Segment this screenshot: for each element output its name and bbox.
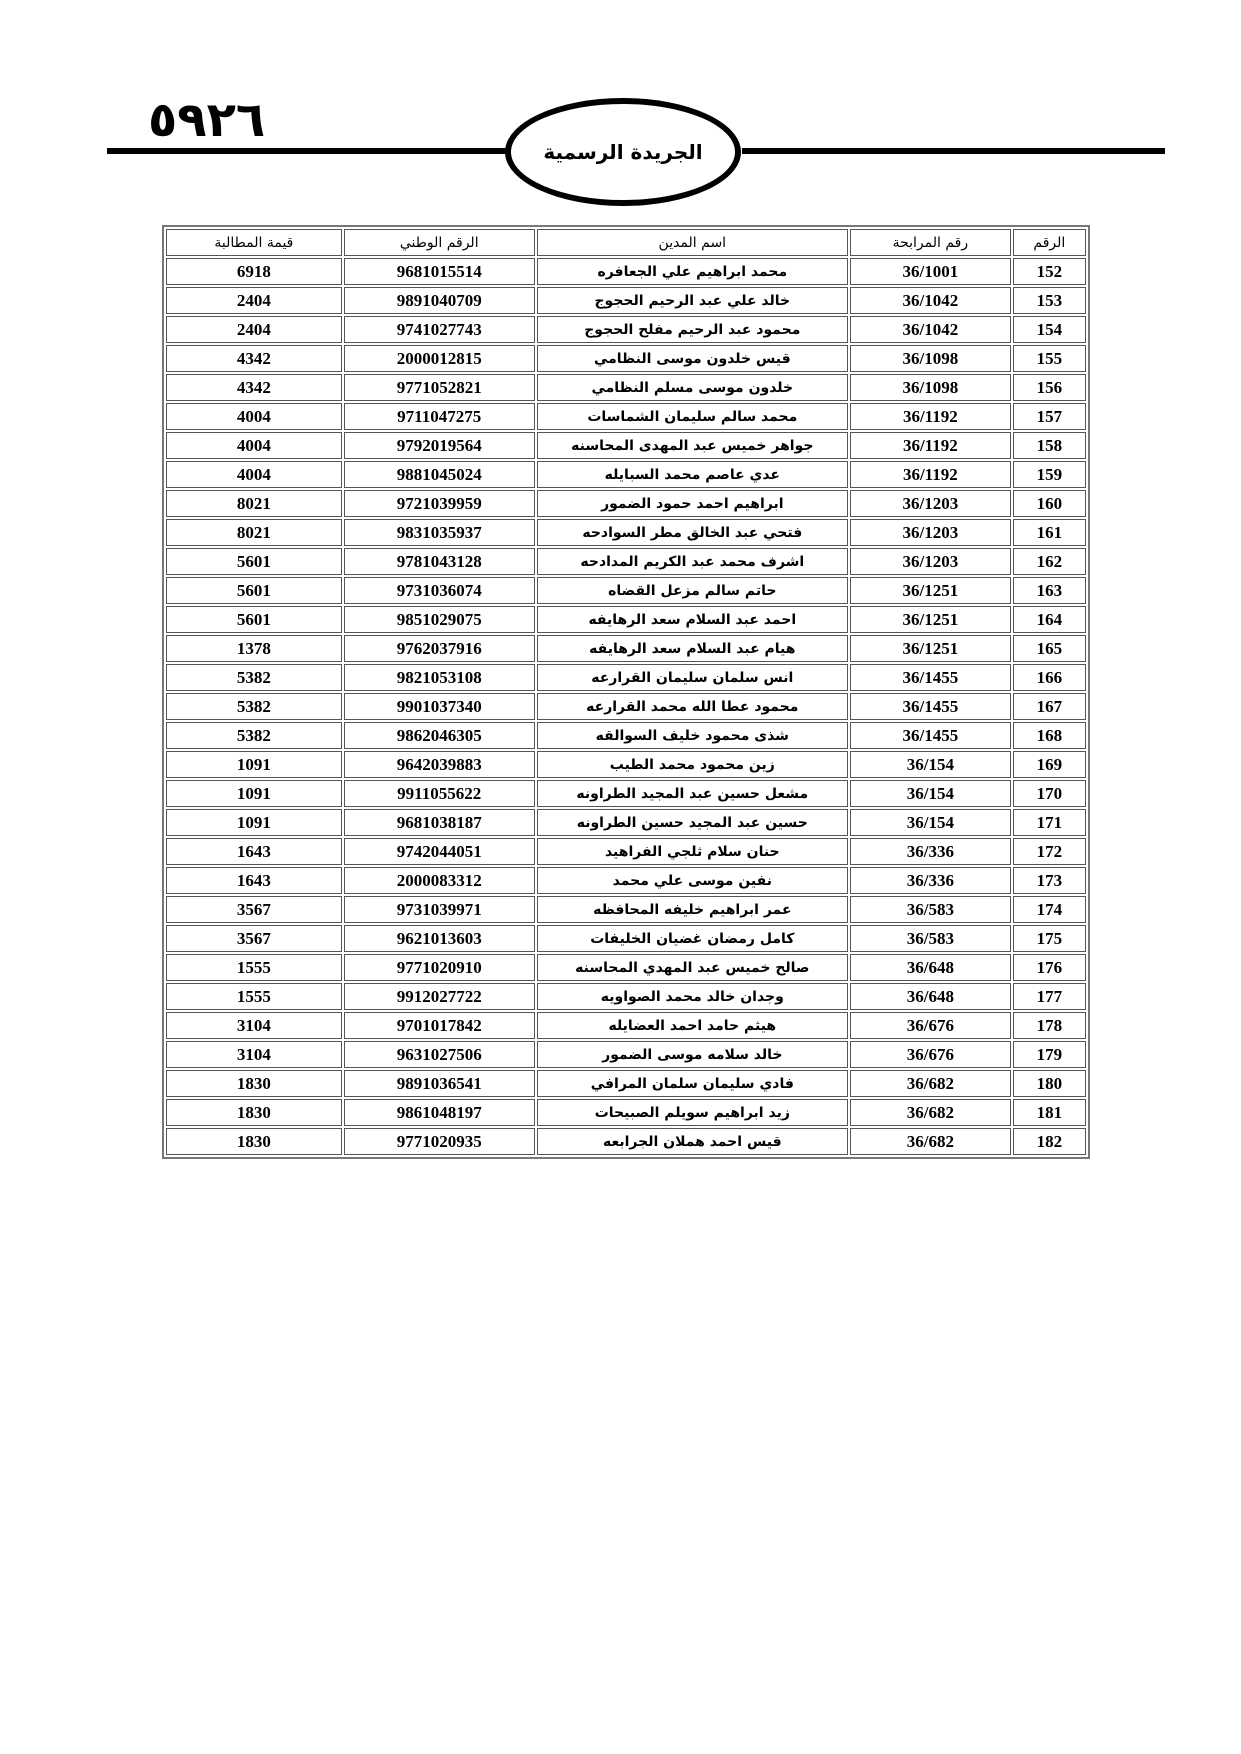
header-rule-left xyxy=(107,148,507,154)
cell-number: 156 xyxy=(1013,374,1086,401)
cell-murabaha: 36/1042 xyxy=(850,316,1011,343)
cell-debtor-name: احمد عبد السلام سعد الرهايفه xyxy=(537,606,848,633)
cell-debtor-name: صالح خميس عبد المهدي المحاسنه xyxy=(537,954,848,981)
cell-number: 169 xyxy=(1013,751,1086,778)
table-row: 18036/682فادي سليمان سلمان المرافي989103… xyxy=(166,1070,1086,1097)
cell-claim-amount: 1555 xyxy=(166,954,342,981)
cell-murabaha: 36/1455 xyxy=(850,722,1011,749)
table-row: 16536/1251هيام عبد السلام سعد الرهايفه97… xyxy=(166,635,1086,662)
cell-debtor-name: عمر ابراهيم خليفه المحافظه xyxy=(537,896,848,923)
cell-number: 181 xyxy=(1013,1099,1086,1126)
cell-debtor-name: نفين موسى علي محمد xyxy=(537,867,848,894)
column-header-national-id: الرقم الوطني xyxy=(344,229,535,256)
cell-number: 174 xyxy=(1013,896,1086,923)
table-row: 16336/1251حاتم سالم مزعل القضاه973103607… xyxy=(166,577,1086,604)
cell-national-id: 9821053108 xyxy=(344,664,535,691)
table-row: 18136/682زيد ابراهيم سويلم الصبيحات98610… xyxy=(166,1099,1086,1126)
table-row: 15336/1042خالد علي عبد الرحيم الحجوج9891… xyxy=(166,287,1086,314)
column-header-claim-amount: قيمة المطالبة xyxy=(166,229,342,256)
cell-debtor-name: قيس خلدون موسى النظامي xyxy=(537,345,848,372)
cell-debtor-name: زين محمود محمد الطيب xyxy=(537,751,848,778)
debtors-table: الرقم رقم المرابحة اسم المدين الرقم الوط… xyxy=(162,225,1090,1159)
cell-number: 172 xyxy=(1013,838,1086,865)
cell-debtor-name: مشعل حسين عبد المجيد الطراونه xyxy=(537,780,848,807)
table-row: 15836/1192جواهر خميس عبد المهدى المحاسنه… xyxy=(166,432,1086,459)
cell-national-id: 9891040709 xyxy=(344,287,535,314)
cell-number: 152 xyxy=(1013,258,1086,285)
cell-murabaha: 36/1455 xyxy=(850,664,1011,691)
cell-claim-amount: 5601 xyxy=(166,606,342,633)
table-row: 18236/682قيس احمد هملان الجرابعه97710209… xyxy=(166,1128,1086,1155)
cell-national-id: 9681038187 xyxy=(344,809,535,836)
table-row: 17236/336حنان سلام ثلجي الفراهيد97420440… xyxy=(166,838,1086,865)
cell-number: 167 xyxy=(1013,693,1086,720)
cell-claim-amount: 1830 xyxy=(166,1070,342,1097)
cell-claim-amount: 3104 xyxy=(166,1041,342,1068)
cell-debtor-name: كامل رمضان غضيان الخليفات xyxy=(537,925,848,952)
cell-claim-amount: 1555 xyxy=(166,983,342,1010)
table-row: 15536/1098قيس خلدون موسى النظامي20000128… xyxy=(166,345,1086,372)
table-row: 16136/1203فتحي عبد الخالق مطر السوادحه98… xyxy=(166,519,1086,546)
cell-debtor-name: محمد ابراهيم علي الجعافره xyxy=(537,258,848,285)
cell-claim-amount: 6918 xyxy=(166,258,342,285)
cell-number: 157 xyxy=(1013,403,1086,430)
cell-number: 177 xyxy=(1013,983,1086,1010)
cell-national-id: 9861048197 xyxy=(344,1099,535,1126)
cell-debtor-name: هيثم حامد احمد العضايله xyxy=(537,1012,848,1039)
cell-murabaha: 36/336 xyxy=(850,838,1011,865)
cell-claim-amount: 5601 xyxy=(166,548,342,575)
cell-murabaha: 36/1192 xyxy=(850,403,1011,430)
table-row: 16036/1203ابراهيم احمد حمود الضمور972103… xyxy=(166,490,1086,517)
cell-claim-amount: 3104 xyxy=(166,1012,342,1039)
cell-number: 173 xyxy=(1013,867,1086,894)
cell-claim-amount: 4342 xyxy=(166,374,342,401)
cell-national-id: 9631027506 xyxy=(344,1041,535,1068)
cell-claim-amount: 5382 xyxy=(166,693,342,720)
cell-murabaha: 36/583 xyxy=(850,925,1011,952)
cell-murabaha: 36/648 xyxy=(850,954,1011,981)
cell-national-id: 9891036541 xyxy=(344,1070,535,1097)
cell-number: 158 xyxy=(1013,432,1086,459)
table-row: 15236/1001محمد ابراهيم علي الجعافره96810… xyxy=(166,258,1086,285)
cell-number: 165 xyxy=(1013,635,1086,662)
cell-debtor-name: خالد علي عبد الرحيم الحجوج xyxy=(537,287,848,314)
cell-national-id: 9621013603 xyxy=(344,925,535,952)
cell-debtor-name: حاتم سالم مزعل القضاه xyxy=(537,577,848,604)
cell-debtor-name: وجدان خالد محمد الصواويه xyxy=(537,983,848,1010)
table-body: 15236/1001محمد ابراهيم علي الجعافره96810… xyxy=(166,258,1086,1155)
cell-number: 153 xyxy=(1013,287,1086,314)
table-row: 16236/1203اشرف محمد عبد الكريم المدادحه9… xyxy=(166,548,1086,575)
cell-murabaha: 36/682 xyxy=(850,1070,1011,1097)
cell-murabaha: 36/1192 xyxy=(850,432,1011,459)
cell-murabaha: 36/682 xyxy=(850,1099,1011,1126)
cell-murabaha: 36/676 xyxy=(850,1041,1011,1068)
table-row: 15636/1098خلدون موسى مسلم النظامي9771052… xyxy=(166,374,1086,401)
table-row: 16936/154زين محمود محمد الطيب96420398831… xyxy=(166,751,1086,778)
cell-debtor-name: فادي سليمان سلمان المرافي xyxy=(537,1070,848,1097)
cell-debtor-name: اشرف محمد عبد الكريم المدادحه xyxy=(537,548,848,575)
cell-national-id: 9851029075 xyxy=(344,606,535,633)
cell-murabaha: 36/583 xyxy=(850,896,1011,923)
cell-debtor-name: قيس احمد هملان الجرابعه xyxy=(537,1128,848,1155)
cell-number: 171 xyxy=(1013,809,1086,836)
cell-murabaha: 36/1251 xyxy=(850,635,1011,662)
cell-national-id: 9762037916 xyxy=(344,635,535,662)
cell-national-id: 9731036074 xyxy=(344,577,535,604)
cell-claim-amount: 2404 xyxy=(166,316,342,343)
cell-number: 180 xyxy=(1013,1070,1086,1097)
cell-murabaha: 36/1098 xyxy=(850,374,1011,401)
cell-debtor-name: عدي عاصم محمد السبايله xyxy=(537,461,848,488)
cell-number: 176 xyxy=(1013,954,1086,981)
cell-debtor-name: جواهر خميس عبد المهدى المحاسنه xyxy=(537,432,848,459)
cell-claim-amount: 2404 xyxy=(166,287,342,314)
cell-debtor-name: محمود عبد الرحيم مفلح الحجوج xyxy=(537,316,848,343)
cell-debtor-name: ابراهيم احمد حمود الضمور xyxy=(537,490,848,517)
cell-national-id: 9741027743 xyxy=(344,316,535,343)
cell-national-id: 9781043128 xyxy=(344,548,535,575)
cell-murabaha: 36/1203 xyxy=(850,519,1011,546)
cell-number: 162 xyxy=(1013,548,1086,575)
cell-claim-amount: 1091 xyxy=(166,780,342,807)
cell-claim-amount: 1830 xyxy=(166,1099,342,1126)
page-number: ٥٩٢٦ xyxy=(148,92,265,148)
cell-murabaha: 36/676 xyxy=(850,1012,1011,1039)
cell-national-id: 9742044051 xyxy=(344,838,535,865)
cell-claim-amount: 4004 xyxy=(166,403,342,430)
table-row: 17636/648صالح خميس عبد المهدي المحاسنه97… xyxy=(166,954,1086,981)
cell-national-id: 9862046305 xyxy=(344,722,535,749)
cell-debtor-name: شذى محمود خليف السوالقه xyxy=(537,722,848,749)
table-row: 17836/676هيثم حامد احمد العضايله97010178… xyxy=(166,1012,1086,1039)
cell-claim-amount: 8021 xyxy=(166,519,342,546)
cell-murabaha: 36/682 xyxy=(850,1128,1011,1155)
debtors-table-container: الرقم رقم المرابحة اسم المدين الرقم الوط… xyxy=(162,225,1090,1159)
cell-claim-amount: 8021 xyxy=(166,490,342,517)
cell-claim-amount: 1643 xyxy=(166,867,342,894)
cell-debtor-name: محمد سالم سليمان الشماسات xyxy=(537,403,848,430)
cell-national-id: 9771020935 xyxy=(344,1128,535,1155)
cell-number: 154 xyxy=(1013,316,1086,343)
cell-national-id: 9831035937 xyxy=(344,519,535,546)
cell-debtor-name: محمود عطا الله محمد القرارعه xyxy=(537,693,848,720)
cell-national-id: 9701017842 xyxy=(344,1012,535,1039)
cell-number: 182 xyxy=(1013,1128,1086,1155)
gazette-title-emblem: الجريدة الرسمية xyxy=(505,98,741,206)
cell-murabaha: 36/1098 xyxy=(850,345,1011,372)
cell-number: 175 xyxy=(1013,925,1086,952)
cell-murabaha: 36/154 xyxy=(850,751,1011,778)
cell-claim-amount: 1378 xyxy=(166,635,342,662)
cell-national-id: 9911055622 xyxy=(344,780,535,807)
table-row: 15736/1192محمد سالم سليمان الشماسات97110… xyxy=(166,403,1086,430)
cell-murabaha: 36/1042 xyxy=(850,287,1011,314)
column-header-murabaha: رقم المرابحة xyxy=(850,229,1011,256)
cell-national-id: 9901037340 xyxy=(344,693,535,720)
cell-debtor-name: خلدون موسى مسلم النظامي xyxy=(537,374,848,401)
cell-national-id: 9711047275 xyxy=(344,403,535,430)
cell-claim-amount: 1830 xyxy=(166,1128,342,1155)
cell-claim-amount: 4342 xyxy=(166,345,342,372)
cell-number: 166 xyxy=(1013,664,1086,691)
cell-national-id: 9792019564 xyxy=(344,432,535,459)
cell-national-id: 9681015514 xyxy=(344,258,535,285)
cell-claim-amount: 1091 xyxy=(166,809,342,836)
cell-number: 163 xyxy=(1013,577,1086,604)
cell-debtor-name: هيام عبد السلام سعد الرهايفه xyxy=(537,635,848,662)
table-row: 17936/676خالد سلامه موسى الضمور963102750… xyxy=(166,1041,1086,1068)
cell-national-id: 9721039959 xyxy=(344,490,535,517)
table-row: 16736/1455محمود عطا الله محمد القرارعه99… xyxy=(166,693,1086,720)
cell-murabaha: 36/1455 xyxy=(850,693,1011,720)
cell-number: 160 xyxy=(1013,490,1086,517)
column-header-debtor-name: اسم المدين xyxy=(537,229,848,256)
table-row: 15436/1042محمود عبد الرحيم مفلح الحجوج97… xyxy=(166,316,1086,343)
cell-claim-amount: 3567 xyxy=(166,925,342,952)
cell-claim-amount: 4004 xyxy=(166,461,342,488)
cell-number: 159 xyxy=(1013,461,1086,488)
cell-national-id: 9642039883 xyxy=(344,751,535,778)
cell-number: 178 xyxy=(1013,1012,1086,1039)
header-rule-right xyxy=(742,148,1165,154)
cell-national-id: 9771052821 xyxy=(344,374,535,401)
cell-murabaha: 36/1251 xyxy=(850,606,1011,633)
column-header-number: الرقم xyxy=(1013,229,1086,256)
cell-murabaha: 36/154 xyxy=(850,809,1011,836)
cell-national-id: 9881045024 xyxy=(344,461,535,488)
cell-debtor-name: حنان سلام ثلجي الفراهيد xyxy=(537,838,848,865)
cell-number: 161 xyxy=(1013,519,1086,546)
table-row: 17436/583عمر ابراهيم خليفه المحافظه97310… xyxy=(166,896,1086,923)
table-row: 16436/1251احمد عبد السلام سعد الرهايفه98… xyxy=(166,606,1086,633)
publication-title: الجريدة الرسمية xyxy=(543,140,702,164)
cell-national-id: 9912027722 xyxy=(344,983,535,1010)
table-row: 17536/583كامل رمضان غضيان الخليفات962101… xyxy=(166,925,1086,952)
table-row: 17736/648وجدان خالد محمد الصواويه9912027… xyxy=(166,983,1086,1010)
cell-murabaha: 36/1203 xyxy=(850,548,1011,575)
cell-murabaha: 36/154 xyxy=(850,780,1011,807)
cell-murabaha: 36/336 xyxy=(850,867,1011,894)
cell-debtor-name: فتحي عبد الخالق مطر السوادحه xyxy=(537,519,848,546)
cell-number: 179 xyxy=(1013,1041,1086,1068)
cell-claim-amount: 5382 xyxy=(166,722,342,749)
cell-debtor-name: حسين عبد المجيد حسين الطراونه xyxy=(537,809,848,836)
cell-number: 155 xyxy=(1013,345,1086,372)
cell-debtor-name: زيد ابراهيم سويلم الصبيحات xyxy=(537,1099,848,1126)
cell-murabaha: 36/648 xyxy=(850,983,1011,1010)
cell-number: 168 xyxy=(1013,722,1086,749)
cell-number: 170 xyxy=(1013,780,1086,807)
cell-debtor-name: خالد سلامه موسى الضمور xyxy=(537,1041,848,1068)
cell-national-id: 2000083312 xyxy=(344,867,535,894)
cell-debtor-name: انس سلمان سليمان القرارعه xyxy=(537,664,848,691)
cell-murabaha: 36/1001 xyxy=(850,258,1011,285)
table-row: 17036/154مشعل حسين عبد المجيد الطراونه99… xyxy=(166,780,1086,807)
cell-national-id: 2000012815 xyxy=(344,345,535,372)
cell-national-id: 9731039971 xyxy=(344,896,535,923)
cell-national-id: 9771020910 xyxy=(344,954,535,981)
table-header-row: الرقم رقم المرابحة اسم المدين الرقم الوط… xyxy=(166,229,1086,256)
cell-murabaha: 36/1192 xyxy=(850,461,1011,488)
cell-claim-amount: 4004 xyxy=(166,432,342,459)
table-row: 15936/1192عدي عاصم محمد السبايله98810450… xyxy=(166,461,1086,488)
table-row: 17136/154حسين عبد المجيد حسين الطراونه96… xyxy=(166,809,1086,836)
cell-number: 164 xyxy=(1013,606,1086,633)
cell-claim-amount: 1643 xyxy=(166,838,342,865)
cell-claim-amount: 5601 xyxy=(166,577,342,604)
table-row: 16636/1455انس سلمان سليمان القرارعه98210… xyxy=(166,664,1086,691)
cell-murabaha: 36/1251 xyxy=(850,577,1011,604)
cell-claim-amount: 3567 xyxy=(166,896,342,923)
cell-murabaha: 36/1203 xyxy=(850,490,1011,517)
cell-claim-amount: 5382 xyxy=(166,664,342,691)
cell-claim-amount: 1091 xyxy=(166,751,342,778)
table-row: 16836/1455شذى محمود خليف السوالقه9862046… xyxy=(166,722,1086,749)
table-row: 17336/336نفين موسى علي محمد2000083312164… xyxy=(166,867,1086,894)
